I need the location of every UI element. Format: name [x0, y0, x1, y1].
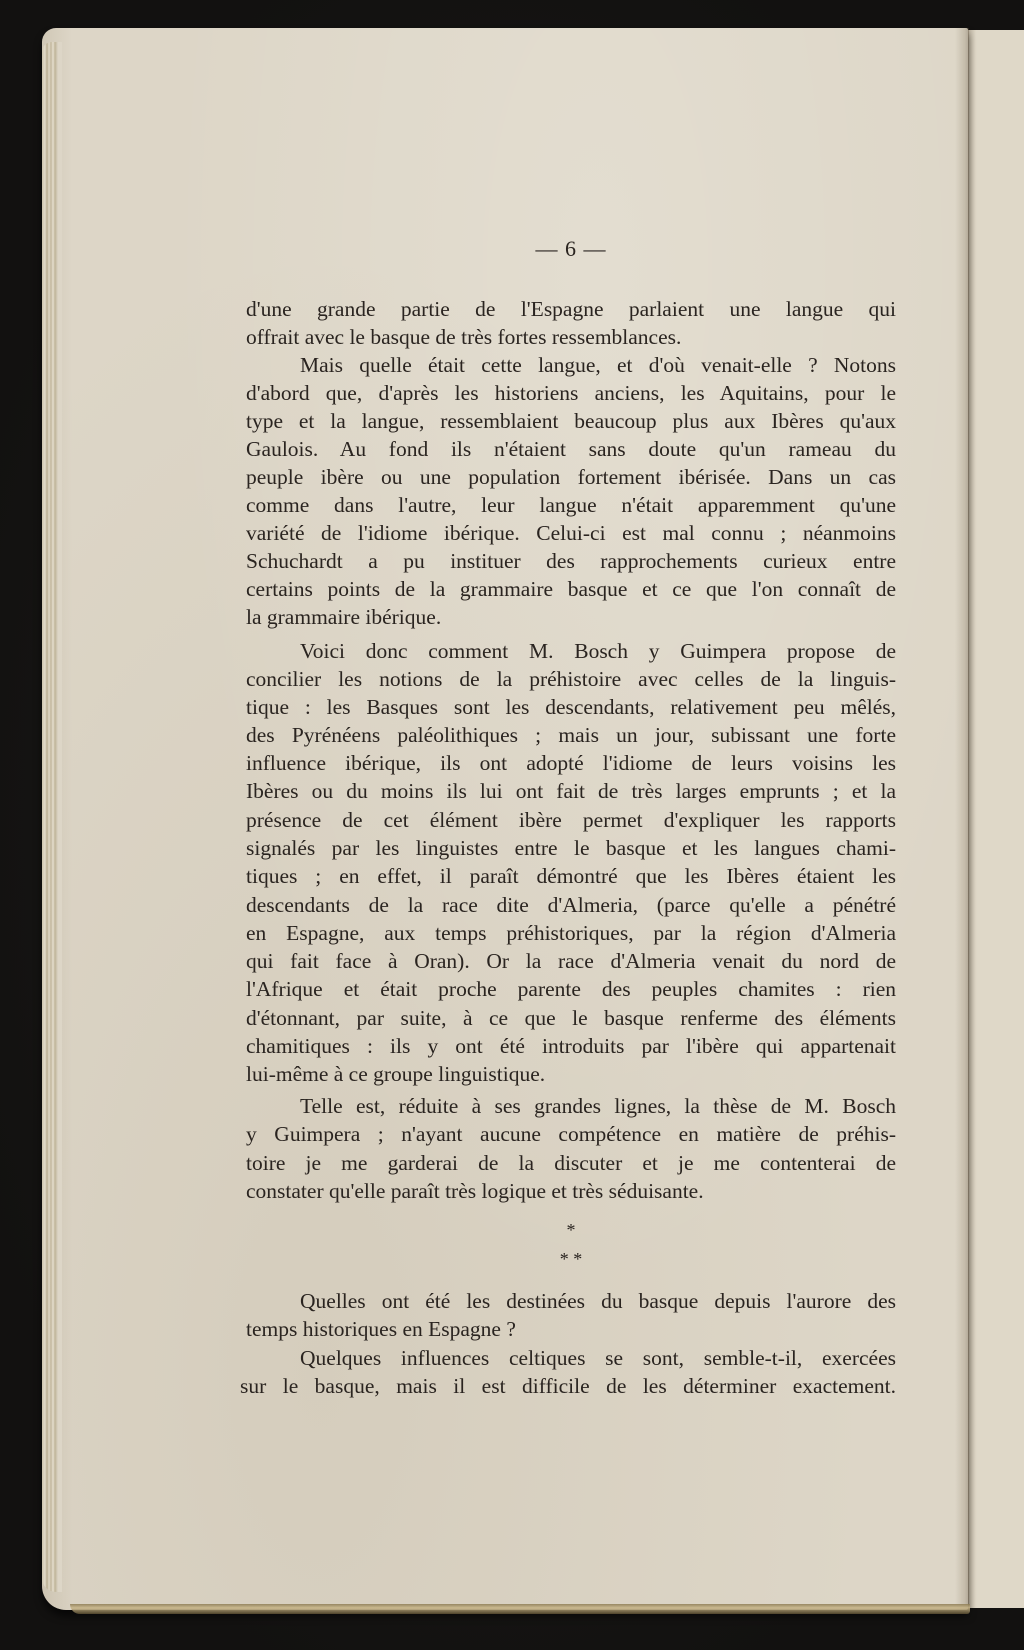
text-line: d'abord que, d'après les historiens anci…: [246, 379, 896, 407]
text-line: lui-même à ce groupe linguistique.: [246, 1060, 896, 1088]
text-line: la grammaire ibérique.: [246, 603, 896, 631]
text-line: variété de l'idiome ibérique. Celui-ci e…: [246, 519, 896, 547]
text-line: type et la langue, ressemblaient beaucou…: [246, 407, 896, 435]
page-number: — 6 —: [246, 236, 896, 262]
section-break-asterisk-top: *: [246, 1220, 896, 1240]
text-line: constater qu'elle paraît très logique et…: [246, 1177, 896, 1205]
text-line: signalés par les linguistes entre le bas…: [246, 834, 896, 862]
text-line: Schuchardt a pu instituer des rapprochem…: [246, 547, 896, 575]
text-line: l'Afrique et était proche parente des pe…: [246, 975, 896, 1003]
text-line: d'une grande partie de l'Espagne parlaie…: [246, 295, 896, 323]
text-line: Mais quelle était cette langue, et d'où …: [246, 351, 896, 379]
text-line: influence ibérique, ils ont adopté l'idi…: [246, 749, 896, 777]
text-line: temps historiques en Espagne ?: [246, 1315, 896, 1343]
text-line: offrait avec le basque de très fortes re…: [246, 323, 896, 351]
text-line: certains points de la grammaire basque e…: [246, 575, 896, 603]
text-line: peuple ibère ou une population fortement…: [246, 463, 896, 491]
text-line: toire je me garderai de la discuter et j…: [246, 1149, 896, 1177]
text-line: Voici donc comment M. Bosch y Guimpera p…: [246, 637, 896, 665]
text-line: présence de cet élément ibère permet d'e…: [246, 806, 896, 834]
text-line: en Espagne, aux temps préhistoriques, pa…: [246, 919, 896, 947]
text-line: sur le basque, mais il est difficile de …: [240, 1372, 896, 1400]
text-line: des Pyrénéens paléolithiques ; mais un j…: [246, 721, 896, 749]
facing-page-edge: [968, 30, 1024, 1608]
text-line: Telle est, réduite à ses grandes lignes,…: [246, 1092, 896, 1120]
text-line: comme dans l'autre, leur langue n'était …: [246, 491, 896, 519]
text-line: chamitiques : ils y ont été introduits p…: [246, 1032, 896, 1060]
section-break-asterisks-bottom: * *: [246, 1249, 896, 1269]
text-line: qui fait face à Oran). Or la race d'Alme…: [246, 947, 896, 975]
gutter-fold: [955, 28, 969, 1610]
text-line: Ibères ou du moins ils lui ont fait de t…: [246, 777, 896, 805]
text-line: Quelques influences celtiques se sont, s…: [246, 1344, 896, 1372]
text-line: y Guimpera ; n'ayant aucune compétence e…: [246, 1120, 896, 1148]
page-stack-edges: [42, 42, 62, 1592]
text-line: Quelles ont été les destinées du basque …: [246, 1287, 896, 1315]
text-line: Gaulois. Au fond ils n'étaient sans dout…: [246, 435, 896, 463]
text-line: d'étonnant, par suite, à ce que le basqu…: [246, 1004, 896, 1032]
text-line: tiques ; en effet, il paraît démontré qu…: [246, 862, 896, 890]
text-line: concilier les notions de la préhistoire …: [246, 665, 896, 693]
text-line: tique : les Basques sont les descendants…: [246, 693, 896, 721]
page-bottom-edge: [70, 1604, 970, 1614]
text-line: descendants de la race dite d'Almeria, (…: [246, 891, 896, 919]
